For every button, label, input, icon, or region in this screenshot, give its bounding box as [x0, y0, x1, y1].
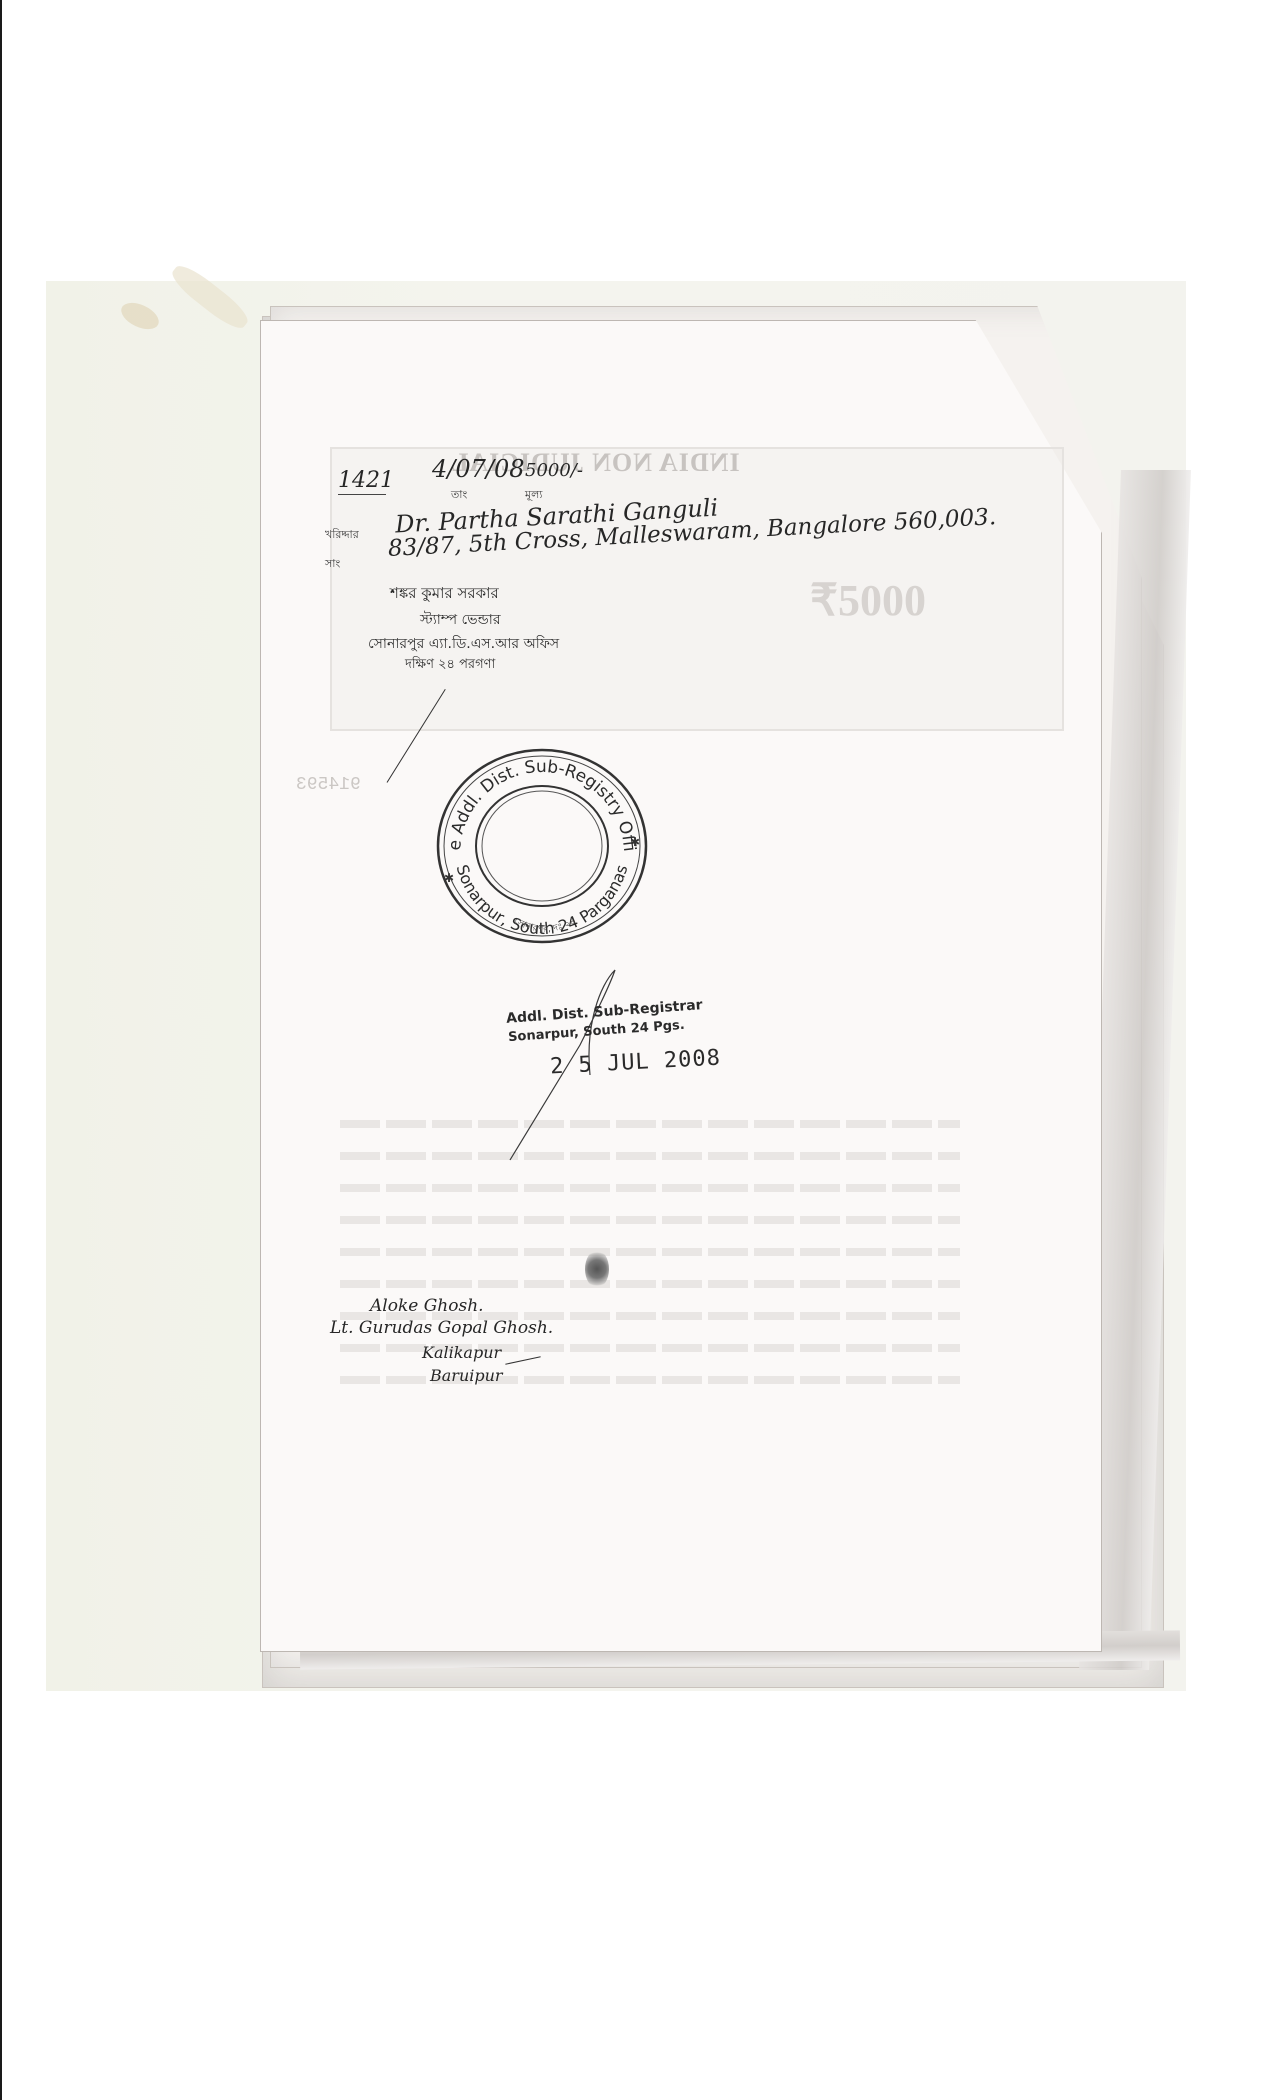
vendor-name: শঙ্কর কুমার সরকার [390, 582, 499, 607]
vendor-role: স্ট্যাম্প ভেন্ডার [420, 608, 501, 632]
witness-line: Lt. Gurudas Gopal Ghosh. [330, 1318, 553, 1338]
faint-text-line [340, 1280, 960, 1288]
faint-text-line [340, 1120, 960, 1128]
vendor-office: সোনারপুর এ্যা.ডি.এস.আর অফিস [368, 632, 559, 656]
thumb-impression [585, 1250, 609, 1288]
svg-text:✱: ✱ [444, 871, 454, 885]
stamp-paper-serial: 914593 [296, 775, 361, 795]
office-seal: The Addl. Dist. Sub-Registry Office Sona… [430, 742, 654, 950]
stamp-paper-value: ₹5000 [810, 575, 926, 626]
address-label: সাং [325, 555, 340, 574]
witness-line: Baruipur [430, 1366, 503, 1385]
date-label: তাং [451, 486, 467, 505]
faint-text-line [340, 1184, 960, 1192]
stamp-value: 5000/- [525, 460, 583, 481]
page-edge [0, 0, 2, 2100]
serial-number: 1421 [338, 468, 394, 493]
witness-line: Kalikapur [422, 1343, 501, 1362]
faint-text-line [340, 1248, 960, 1256]
svg-text:✱: ✱ [630, 835, 640, 849]
faint-text-line [340, 1216, 960, 1224]
faint-text-line [340, 1152, 960, 1160]
vendor-district: দক্ষিণ ২৪ পরগণা [405, 655, 495, 676]
buyer-label: খরিদ্দার [325, 526, 359, 545]
purchase-date: 4/07/08 [432, 455, 525, 483]
witness-line: Aloke Ghosh. [370, 1296, 484, 1316]
